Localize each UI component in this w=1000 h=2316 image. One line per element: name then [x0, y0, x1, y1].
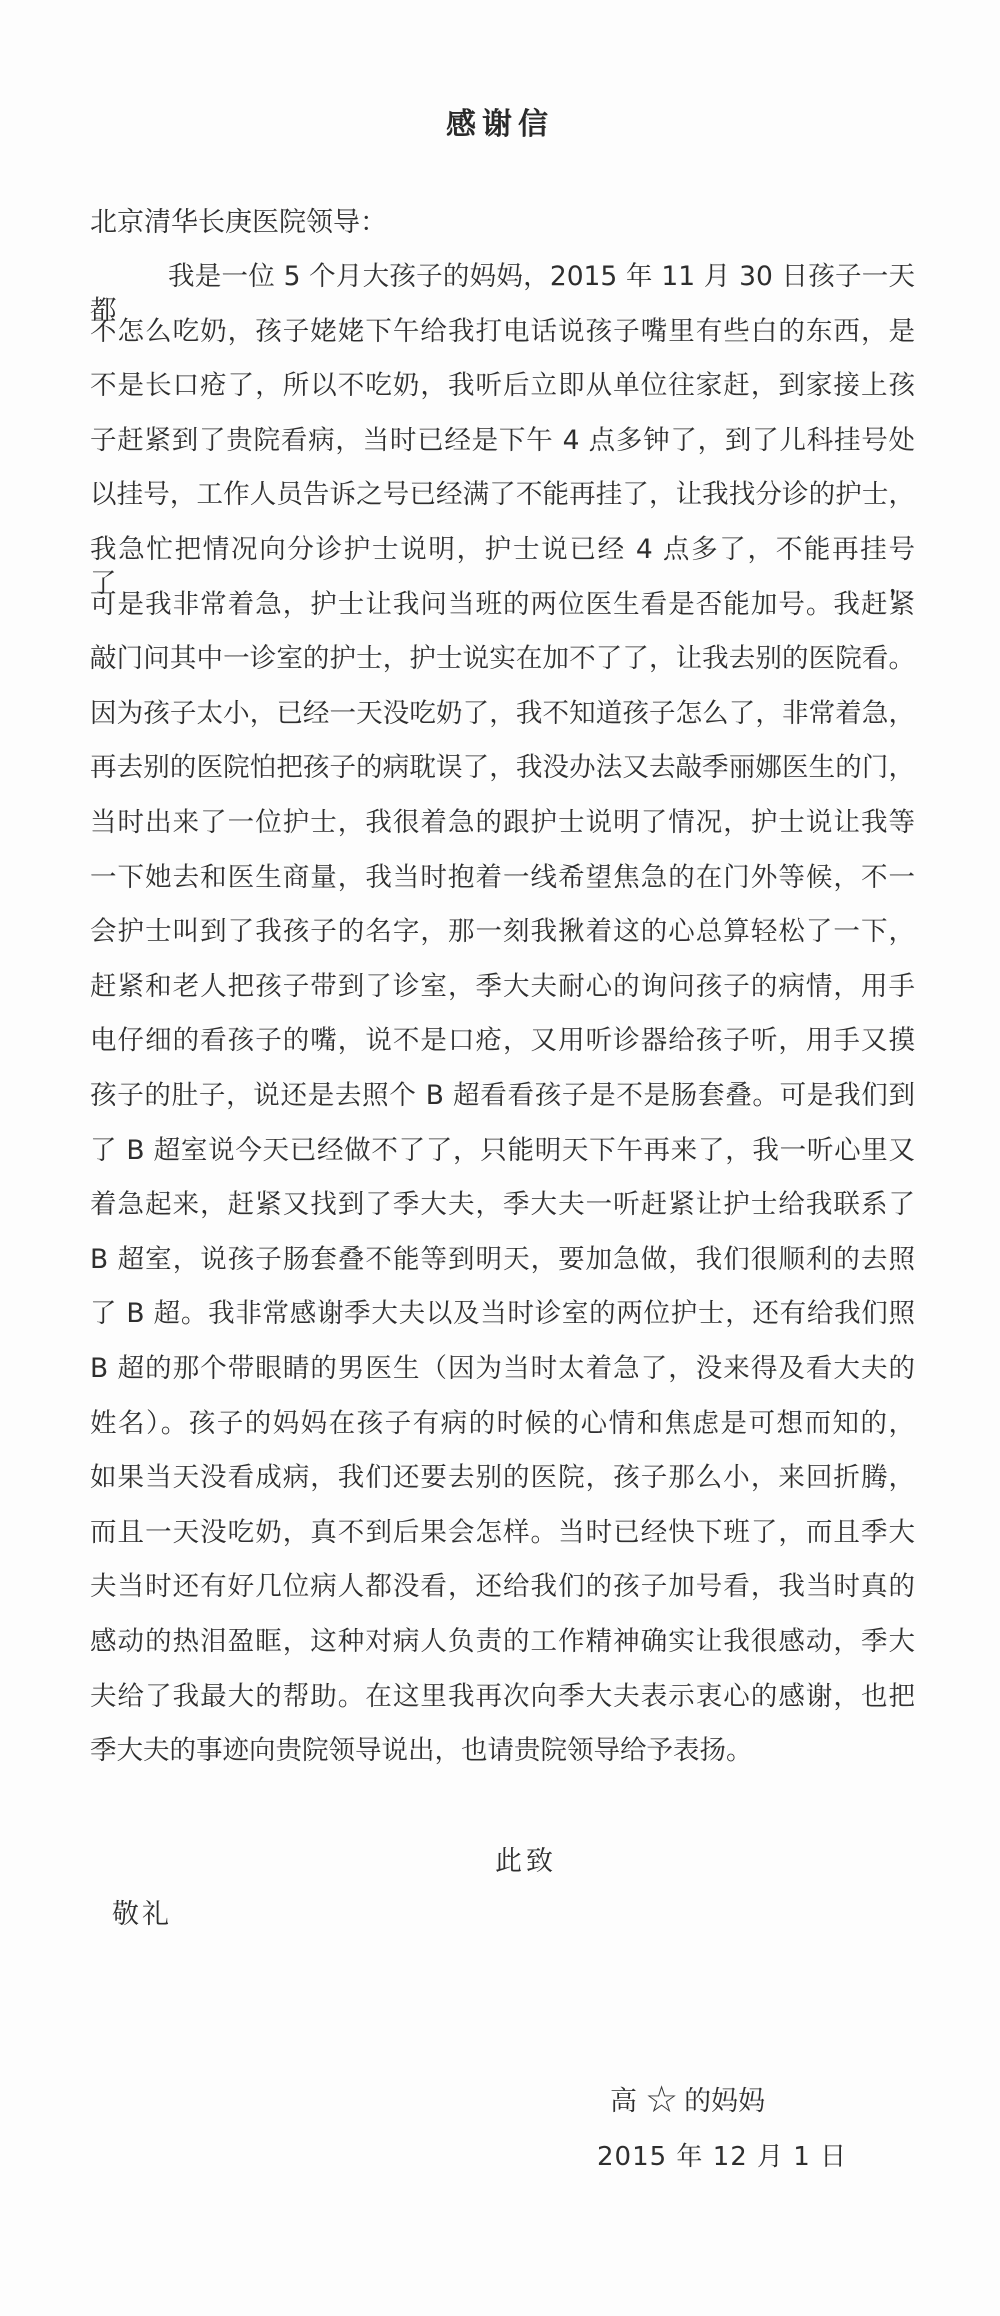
body-line: 感动的热泪盈眶，这种对病人负责的工作精神确实让我很感动，季大 [90, 1625, 915, 1659]
letter-title: 感谢信 [0, 99, 1000, 143]
body-line: 孩子的肚子，说还是去照个 B 超看看孩子是不是肠套叠。可是我们到 [90, 1079, 915, 1113]
closing-jingli: 敬礼 [112, 1898, 172, 1932]
letter-salutation: 北京清华长庚医院领导： [90, 206, 915, 240]
star-icon: ☆ [645, 2080, 678, 2120]
body-line: 了 B 超。我非常感谢季大夫以及当时诊室的两位护士，还有给我们照 [90, 1297, 915, 1331]
body-line: 当时出来了一位护士，我很着急的跟护士说明了情况，护士说让我等 [90, 806, 915, 840]
body-line: 姓名）。孩子的妈妈在孩子有病的时候的心情和焦虑是可想而知的， [90, 1407, 915, 1441]
body-line: 赶紧和老人把孩子带到了诊室，季大夫耐心的询问孩子的病情，用手 [90, 970, 915, 1004]
signature-surname: 高 [610, 2082, 637, 2122]
body-line: B 超室，说孩子肠套叠不能等到明天，要加急做，我们很顺利的去照 [90, 1243, 915, 1277]
body-line: 因为孩子太小，已经一天没吃奶了，我不知道孩子怎么了，非常着急， [90, 697, 915, 731]
body-line: 季大夫的事迹向贵院领导说出，也请贵院领导给予表扬。 [90, 1734, 915, 1768]
body-line: 一下她去和医生商量，我当时抱着一线希望焦急的在门外等候，不一 [90, 861, 915, 895]
body-line: 电仔细的看孩子的嘴，说不是口疮，又用听诊器给孩子听，用手又摸 [90, 1024, 915, 1058]
body-line: 敲门问其中一诊室的护士，护士说实在加不了了，让我去别的医院看。 [90, 642, 915, 676]
body-line: 着急起来，赶紧又找到了季大夫，季大夫一听赶紧让护士给我联系了 [90, 1188, 915, 1222]
body-line: 如果当天没看成病，我们还要去别的医院，孩子那么小，来回折腾， [90, 1461, 915, 1495]
letter-date: 2015 年 12 月 1 日 [597, 2140, 847, 2174]
body-line: 不怎么吃奶，孩子姥姥下午给我打电话说孩子嘴里有些白的东西，是 [90, 315, 915, 349]
body-line: 夫给了我最大的帮助。在这里我再次向季大夫表示衷心的感谢，也把 [90, 1680, 915, 1714]
body-line: 再去别的医院怕把孩子的病耽误了，我没办法又去敲季丽娜医生的门， [90, 751, 915, 785]
closing-cizhi: 此致 [495, 1845, 557, 1879]
signature-line: 高 ☆ 的妈妈 [610, 2082, 765, 2122]
body-line: 会护士叫到了我孩子的名字，那一刻我揪着这的心总算轻松了一下， [90, 915, 915, 949]
body-line: 而且一天没吃奶，真不到后果会怎样。当时已经快下班了，而且季大 [90, 1516, 915, 1550]
signature-suffix: 的妈妈 [684, 2082, 765, 2122]
scanned-letter-page: 感谢信 北京清华长庚医院领导： 我是一位 5 个月大孩子的妈妈，2015 年 1… [0, 0, 1000, 2316]
body-line: 夫当时还有好几位病人都没看，还给我们的孩子加号看，我当时真的 [90, 1570, 915, 1604]
body-line: B 超的那个带眼睛的男医生（因为当时太着急了，没来得及看大夫的 [90, 1352, 915, 1386]
body-line: 以挂号，工作人员告诉之号已经满了不能再挂了，让我找分诊的护士， [90, 478, 915, 512]
body-line: 子赶紧到了贵院看病，当时已经是下午 4 点多钟了，到了儿科挂号处 [90, 424, 915, 458]
body-line: 可是我非常着急，护士让我问当班的两位医生看是否能加号。我赶紧 [90, 588, 915, 622]
body-line: 了 B 超室说今天已经做不了了，只能明天下午再来了，我一听心里又 [90, 1134, 915, 1168]
body-line: 不是长口疮了，所以不吃奶，我听后立即从单位往家赶，到家接上孩 [90, 369, 915, 403]
